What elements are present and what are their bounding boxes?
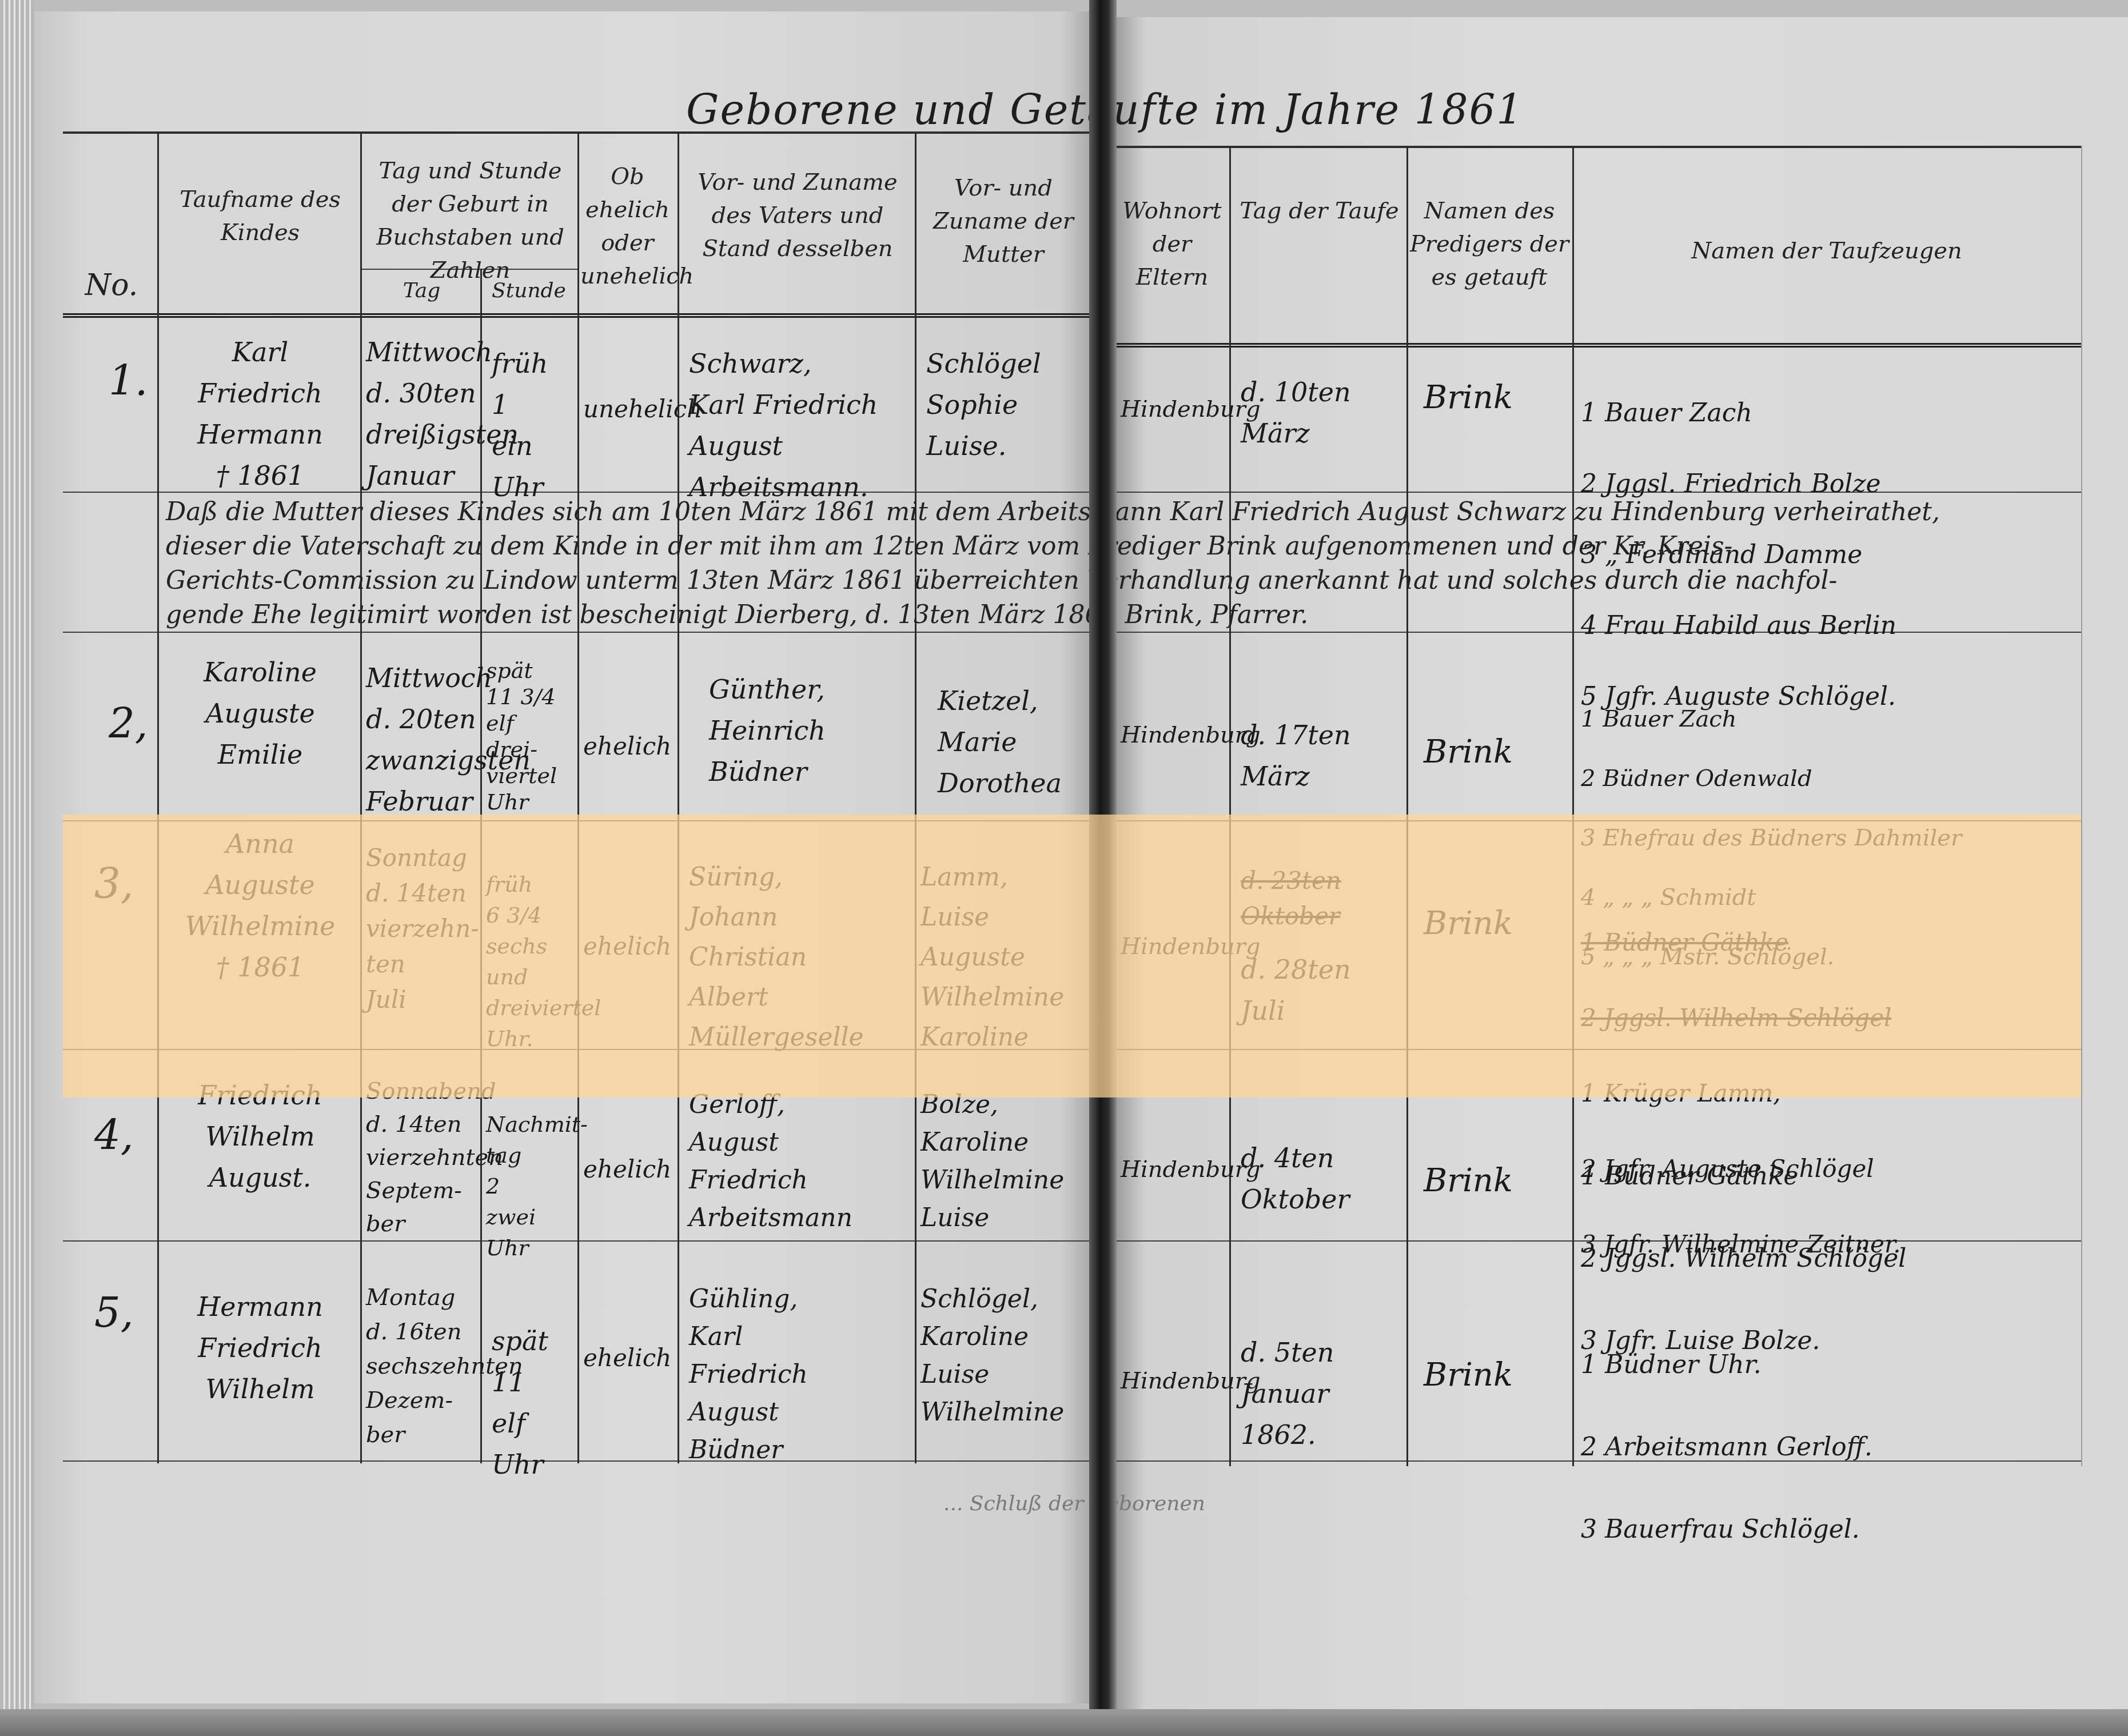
legitimacy: unehelich [583, 389, 675, 430]
preacher: Brink [1424, 903, 1567, 944]
baptism-day-struck: d. 23ten Oktober [1241, 863, 1401, 934]
birth-day: Sonnabend d. 14ten vierzehnten Septem- b… [366, 1075, 480, 1240]
godparent-struck: 2 Jggsl. Wilhelm Schlögel [1581, 999, 2078, 1037]
header-no: No. [69, 269, 154, 302]
legitimacy: ehelich [583, 926, 675, 967]
header-residence: Wohnort der Eltern [1118, 194, 1226, 294]
child-name: Hermann Friedrich Wilhelm [163, 1286, 357, 1410]
col-rule [157, 131, 159, 1463]
baptism-day: d. 10ten März [1241, 372, 1401, 454]
note-line: gende Ehe legitimirt worden ist beschein… [166, 597, 1308, 633]
col-rule [915, 131, 916, 1463]
father-name: Gerloff, August Friedrich Arbeitsmann [689, 1086, 912, 1237]
birth-day: Mittwoch d. 30ten dreißigsten Januar [366, 332, 480, 496]
book-gutter [1089, 0, 1117, 1736]
birth-day: Montag d. 16ten sechszehnten Dezem- ber [366, 1280, 480, 1452]
header-birth-day: Tag [366, 274, 477, 308]
father-name: Gühling, Karl Friedrich August Büdner [689, 1280, 912, 1469]
header-child-name: Taufname des Kindes [163, 183, 357, 249]
legitimacy: ehelich [583, 726, 675, 767]
birth-hour: früh 6 3/4 sechs und dreiviertel Uhr. [486, 869, 575, 1054]
birth-hour: spät 11 elf Uhr [492, 1320, 575, 1485]
child-name: Karoline Auguste Emilie [163, 652, 357, 775]
baptism-day: d. 5ten Januar 1862. [1241, 1332, 1401, 1455]
birth-day: Sonntag d. 14ten vierzehn- ten Juli [366, 840, 480, 1017]
header-godparents: Namen der Taufzeugen [1578, 234, 2075, 268]
godparent: 2 Jggsl. Wilhelm Schlögel [1581, 1238, 2078, 1279]
entry-number: 3, [94, 863, 134, 904]
note-line: Daß die Mutter dieses Kindes sich am 10t… [166, 494, 1940, 530]
godparent: 2 Arbeitsmann Gerloff. [1581, 1427, 2078, 1468]
entry-number: 2, [109, 703, 148, 744]
mother-name: Bolze, Karoline Wilhelmine Luise [920, 1086, 1086, 1237]
birth-hour: früh 1 ein Uhr [492, 343, 575, 508]
table-top-rule-right [1115, 146, 2081, 148]
header-father: Vor- und Zuname des Vaters und Stand des… [683, 166, 912, 265]
entry-number: 1. [109, 360, 148, 401]
col-rule [1572, 146, 1574, 1466]
note-line: dieser die Vaterschaft zu dem Kinde in d… [166, 529, 1732, 564]
godparent: 4 Frau Habild aus Berlin [1581, 608, 2078, 644]
residence: Hindenburg [1121, 1360, 1229, 1402]
page-title: Geborene und Getaufte im Jahre 1861 [686, 86, 1429, 149]
header-preacher: Namen des Predigers der es getauft [1409, 194, 1569, 294]
note-line: Gerichts-Commission zu Lindow unterm 13t… [166, 563, 1837, 598]
residence: Hindenburg [1121, 715, 1229, 756]
birth-hour: spät 11 3/4 elf drei- viertel Uhr [486, 657, 575, 815]
residence: Hindenburg [1121, 1149, 1229, 1190]
header-mother: Vor- und Zuname der Mutter [920, 171, 1086, 271]
col-rule [360, 131, 362, 1463]
father-name: Günther, Heinrich Büdner [709, 669, 909, 792]
birth-hour: Nachmit- tag 2 zwei Uhr [486, 1109, 575, 1263]
godparent: 1 Bauer Zach [1581, 704, 2078, 734]
birth-day: Mittwoch d. 20ten zwanzigsten Februar [366, 657, 480, 822]
residence: Hindenburg [1121, 926, 1229, 967]
godparent: 2 Büdner Odenwald [1581, 764, 2078, 793]
col-rule [577, 131, 579, 1463]
child-name: Friedrich Wilhelm August. [163, 1075, 357, 1198]
register-book: Geborene und Getaufte im Jahre 1861 No. … [0, 0, 2128, 1736]
godparent: 1 Büdner Gäthke [1581, 1156, 2078, 1197]
mother-name: Schlögel, Karoline Luise Wilhelmine [920, 1280, 1086, 1431]
col-rule [1229, 146, 1231, 1466]
baptism-day: d. 28ten Juli [1241, 949, 1401, 1031]
col-rule [1406, 146, 1408, 1466]
baptism-day: d. 4ten Oktober [1241, 1138, 1401, 1220]
preacher: Brink [1424, 1160, 1567, 1202]
col-rule [678, 131, 679, 1463]
mother-name: Lamm, Luise Auguste Wilhelmine Karoline [920, 857, 1086, 1057]
godparent: 1 Büdner Uhr. [1581, 1344, 2078, 1386]
preacher: Brink [1424, 732, 1567, 773]
header-bottom-rule-right [1115, 343, 2081, 348]
baptism-day: d. 17ten März [1241, 715, 1401, 797]
bottom-shadow [0, 1709, 2128, 1736]
godparent: 1 Krüger Lamm, [1581, 1075, 2078, 1112]
godparent: 3 Ehefrau des Büdners Dahmiler [1581, 823, 2078, 853]
entry-number: 4, [94, 1115, 134, 1156]
child-name: Anna Auguste Wilhelmine † 1861 [163, 823, 357, 988]
father-name: Schwarz, Karl Friedrich August Arbeitsma… [689, 343, 912, 508]
godparent: 1 Bauer Zach [1581, 396, 2078, 431]
page-edges [0, 0, 34, 1736]
father-name: Süring, Johann Christian Albert Müllerge… [689, 857, 912, 1057]
residence: Hindenburg [1121, 389, 1229, 430]
header-birth-hour: Stunde [483, 274, 575, 308]
header-baptism-day: Tag der Taufe [1235, 194, 1404, 228]
header-legitimacy: Ob ehelich oder unehelich [580, 160, 675, 293]
godparents-list: 1 Büdner Uhr. 2 Arbeitsmann Gerloff. 3 B… [1581, 1303, 2078, 1591]
entry-number: 5, [94, 1292, 134, 1333]
preacher: Brink [1424, 1355, 1567, 1396]
child-name: Karl Friedrich Hermann † 1861 [163, 332, 357, 496]
godparent: 3 Bauerfrau Schlögel. [1581, 1509, 2078, 1550]
legitimacy: ehelich [583, 1149, 675, 1190]
godparent-struck: 1 Büdner Gäthke [1581, 924, 2078, 961]
mother-name: Kietzel, Marie Dorothea [938, 680, 1086, 804]
header-birth: Tag und Stunde der Geburt in Buchstaben … [366, 154, 575, 287]
mother-name: Schlögel Sophie Luise. [926, 343, 1086, 466]
legitimacy: ehelich [583, 1338, 675, 1379]
preacher: Brink [1424, 377, 1567, 418]
closing-note: ... Schluß der Geborenen [943, 1492, 1205, 1515]
col-rule [2081, 146, 2082, 1466]
